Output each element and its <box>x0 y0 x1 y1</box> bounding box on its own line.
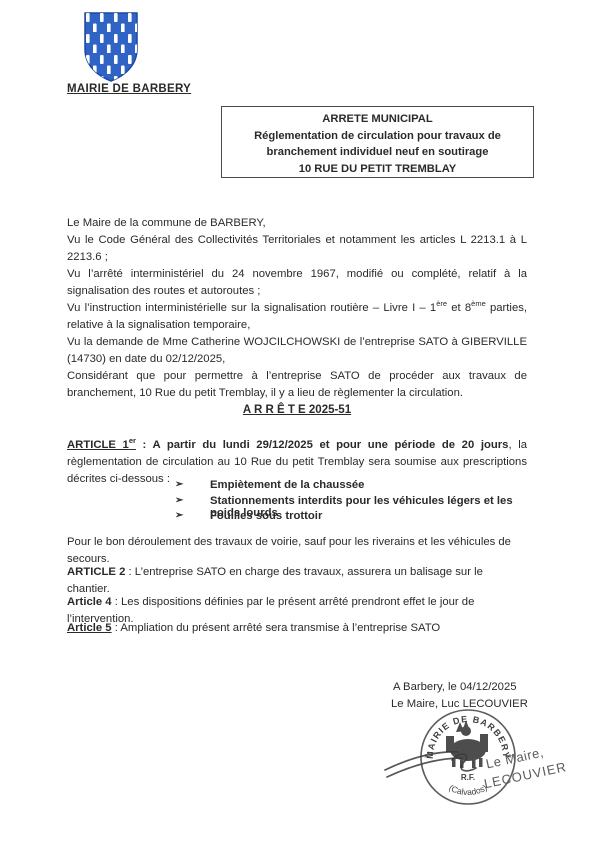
stamp-ring <box>421 710 515 804</box>
name-stamp-overlay: Le Maire, LECOUVIER <box>479 741 568 792</box>
article-2-label: ARTICLE 2 <box>67 566 125 578</box>
list-item: ➢ Empiètement de la chaussée <box>67 479 527 495</box>
document-page: MAIRIE DE BARBERY ARRETE MUNICIPAL Régle… <box>0 0 595 842</box>
article-5-paragraph: Article 5 : Ampliation du présent arrêté… <box>67 620 527 637</box>
preamble-p2: Vu le Code Général des Collectivités Ter… <box>67 232 527 266</box>
stamp-bottom-text: (Calvados) <box>447 782 489 797</box>
place-and-date: A Barbery, le 04/12/2025 <box>393 681 517 693</box>
list-item-text: Empiètement de la chaussée <box>210 479 364 491</box>
title-line-2: Réglementation de circulation pour trava… <box>228 128 527 145</box>
list-item-text: Fouilles sous trottoir <box>210 510 322 522</box>
stamp-emblem-icon <box>446 720 488 768</box>
article-5-text: Ampliation du présent arrêté sera transm… <box>120 622 440 634</box>
arrow-bullet-icon: ➢ <box>175 495 210 506</box>
article-1-label-text: ARTICLE 1 <box>67 439 129 451</box>
article-5-label: Article 5 <box>67 622 112 634</box>
preamble: Le Maire de la commune de BARBERY, Vu le… <box>67 215 527 402</box>
note-paragraph: Pour le bon déroulement des travaux de v… <box>67 534 527 568</box>
preamble-p4-text: Vu l’instruction interministérielle sur … <box>67 302 436 314</box>
article-4-label: Article 4 <box>67 596 112 608</box>
list-item: ➢ Stationnements interdits pour les véhi… <box>67 495 527 511</box>
preamble-p4: Vu l’instruction interministérielle sur … <box>67 300 527 334</box>
article-1-colon: : <box>136 439 153 451</box>
preamble-p6: Considérant que pour permettre à l’entre… <box>67 368 527 402</box>
preamble-p5: Vu la demande de Mme Catherine WOJCILCHO… <box>67 334 527 368</box>
superscript: ème <box>471 299 486 308</box>
article-1-bold-text: A partir du lundi 29/12/2025 et pour une… <box>153 439 509 451</box>
prescriptions-list: ➢ Empiètement de la chaussée ➢ Stationne… <box>67 479 527 526</box>
preamble-p4-text: et 8 <box>447 302 471 314</box>
article-1-label: ARTICLE 1er <box>67 439 136 451</box>
stamp-star-icon: * <box>508 753 512 764</box>
stamp-rf-text: R.F. <box>461 773 475 782</box>
article-5: Article 5 : Ampliation du présent arrêté… <box>67 620 527 637</box>
preamble-p1: Le Maire de la commune de BARBERY, <box>67 215 527 232</box>
title-line-4: 10 RUE DU PETIT TREMBLAY <box>228 161 527 178</box>
stamp-star-icon: * <box>424 753 428 764</box>
arrow-bullet-icon: ➢ <box>175 510 210 521</box>
decree-heading: A R R Ê T E 2025-51 <box>67 404 527 416</box>
town-coat-of-arms-icon <box>83 11 139 83</box>
note-text: Pour le bon déroulement des travaux de v… <box>67 534 527 568</box>
handwritten-signature <box>385 752 476 777</box>
preamble-p3: Vu l’arrêté interministériel du 24 novem… <box>67 266 527 300</box>
title-box: ARRETE MUNICIPAL Réglementation de circu… <box>221 106 534 178</box>
decree-heading-text: A R R Ê T E 2025-51 <box>243 404 351 416</box>
stamp-top-text: MAIRIE DE BARBERY <box>425 714 511 759</box>
title-line-1: ARRETE MUNICIPAL <box>228 111 527 128</box>
article-4-colon: : <box>112 596 121 608</box>
name-stamp-line1: Le Maire, <box>485 745 546 772</box>
signatory-line: Le Maire, Luc LECOUVIER <box>391 698 528 710</box>
official-stamp-and-signature: MAIRIE DE BARBERY (Calvados) * * R.F. <box>340 688 590 838</box>
title-line-3: branchement individuel neuf en soutirage <box>228 144 527 161</box>
article-2: ARTICLE 2 : L’entreprise SATO en charge … <box>67 564 527 598</box>
org-name: MAIRIE DE BARBERY <box>67 83 191 95</box>
superscript: ère <box>436 299 447 308</box>
arrow-bullet-icon: ➢ <box>175 479 210 490</box>
superscript: er <box>129 436 136 445</box>
article-2-colon: : <box>125 566 134 578</box>
name-stamp-line2: LECOUVIER <box>483 759 568 791</box>
article-2-paragraph: ARTICLE 2 : L’entreprise SATO en charge … <box>67 564 527 598</box>
